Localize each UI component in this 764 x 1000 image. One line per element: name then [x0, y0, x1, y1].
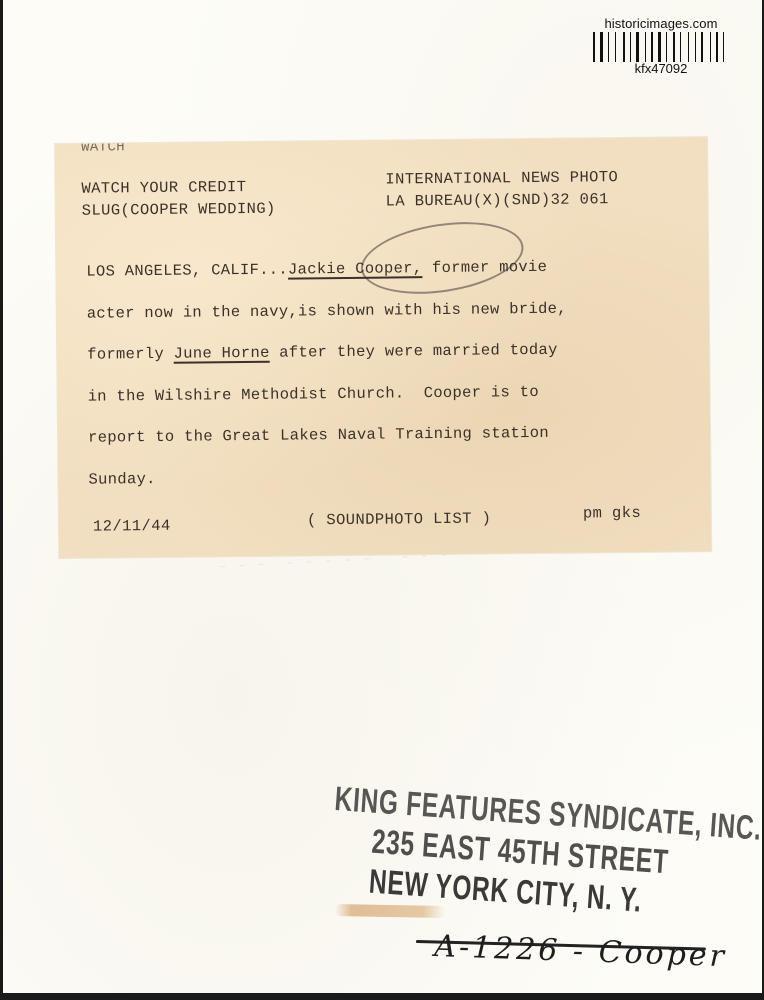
- barcode-bar: [666, 32, 667, 62]
- barcode-bar: [669, 32, 671, 62]
- caption-line-3: formerly June Horne after they were marr…: [87, 328, 687, 376]
- barcode-bar: [688, 32, 689, 62]
- barcode-bar: [710, 32, 711, 62]
- caption-line-1-rest: former movie: [422, 258, 547, 277]
- caption-line-5: report to the Great Lakes Naval Training…: [88, 411, 688, 459]
- barcode-bar: [623, 32, 625, 62]
- caption-line-6: Sunday.: [88, 453, 688, 501]
- soundphoto-list-label: ( SOUNDPHOTO LIST ): [307, 509, 492, 529]
- barcode-bar: [673, 32, 675, 62]
- caption-body: LOS ANGELES, CALIF...Jackie Cooper, form…: [86, 245, 689, 500]
- barcode-bar: [713, 32, 714, 62]
- barcode-icon: [593, 32, 729, 62]
- barcode-bar: [691, 32, 693, 62]
- barcode-bar: [633, 32, 634, 62]
- barcode-bar: [720, 32, 721, 62]
- barcode-bar: [726, 32, 729, 62]
- caption-line-2: acter now in the navy,is shown with his …: [87, 287, 687, 335]
- agency-line-2: LA BUREAU(X)(SND)32 061: [386, 190, 609, 210]
- barcode-bar: [698, 32, 699, 62]
- tape-stain: [335, 904, 445, 918]
- barcode-bar: [648, 32, 649, 62]
- caption-line-3-start: formerly: [87, 345, 174, 364]
- barcode-bar: [641, 32, 643, 62]
- barcode-bar: [655, 32, 656, 62]
- dateline: LOS ANGELES, CALIF...: [86, 261, 288, 281]
- barcode-bar: [683, 32, 686, 62]
- barcode-bar: [705, 32, 708, 62]
- barcode-bar: [716, 32, 718, 62]
- barcode-bar: [618, 32, 621, 62]
- watermark-label: historicimages.com kfx47092: [590, 16, 732, 76]
- subject-name: Jackie Cooper,: [288, 259, 423, 278]
- barcode-bar: [636, 32, 639, 62]
- scan-edge: [0, 993, 764, 1000]
- caption-line-1: LOS ANGELES, CALIF...Jackie Cooper, form…: [86, 245, 686, 293]
- barcode-bar: [608, 32, 609, 62]
- barcode-bar: [630, 32, 631, 62]
- barcode-bar: [593, 32, 595, 62]
- handwritten-archive-number: A-1226 - Cooper: [434, 929, 728, 974]
- barcode-bar: [701, 32, 703, 62]
- credit-line-2: SLUG(COOPER WEDDING): [82, 200, 276, 220]
- typist-initials: pm gks: [583, 504, 641, 523]
- barcode-bar: [611, 32, 613, 62]
- caption-slip: WATCH WATCH YOUR CREDIT SLUG(COOPER WEDD…: [55, 137, 711, 558]
- watermark-site: historicimages.com: [590, 16, 732, 31]
- barcode-bar: [627, 32, 628, 62]
- barcode-bar: [600, 32, 603, 62]
- barcode-bar: [615, 32, 616, 62]
- credit-line-1: WATCH YOUR CREDIT: [81, 178, 246, 198]
- barcode-bar: [677, 32, 678, 62]
- agency-line-1: INTERNATIONAL NEWS PHOTO: [385, 168, 618, 188]
- caption-date: 12/11/44: [93, 517, 171, 536]
- barcode-bar: [723, 32, 724, 62]
- barcode-bar: [597, 32, 598, 62]
- barcode-bar: [663, 32, 664, 62]
- caption-line-4: in the Wilshire Methodist Church. Cooper…: [87, 370, 687, 418]
- caption-line-3-rest: after they were married today: [270, 341, 558, 362]
- barcode-bar: [680, 32, 681, 62]
- bride-name: June Horne: [174, 344, 270, 363]
- photo-back-sheet: historicimages.com kfx47092 WATCH WATCH …: [3, 0, 762, 993]
- barcode-bar: [658, 32, 661, 62]
- slip-cut-text: WATCH: [81, 139, 125, 155]
- barcode-bar: [695, 32, 696, 62]
- barcode-bar: [651, 32, 653, 62]
- barcode-bar: [645, 32, 646, 62]
- barcode-bar: [605, 32, 606, 62]
- watermark-code: kfx47092: [590, 62, 732, 76]
